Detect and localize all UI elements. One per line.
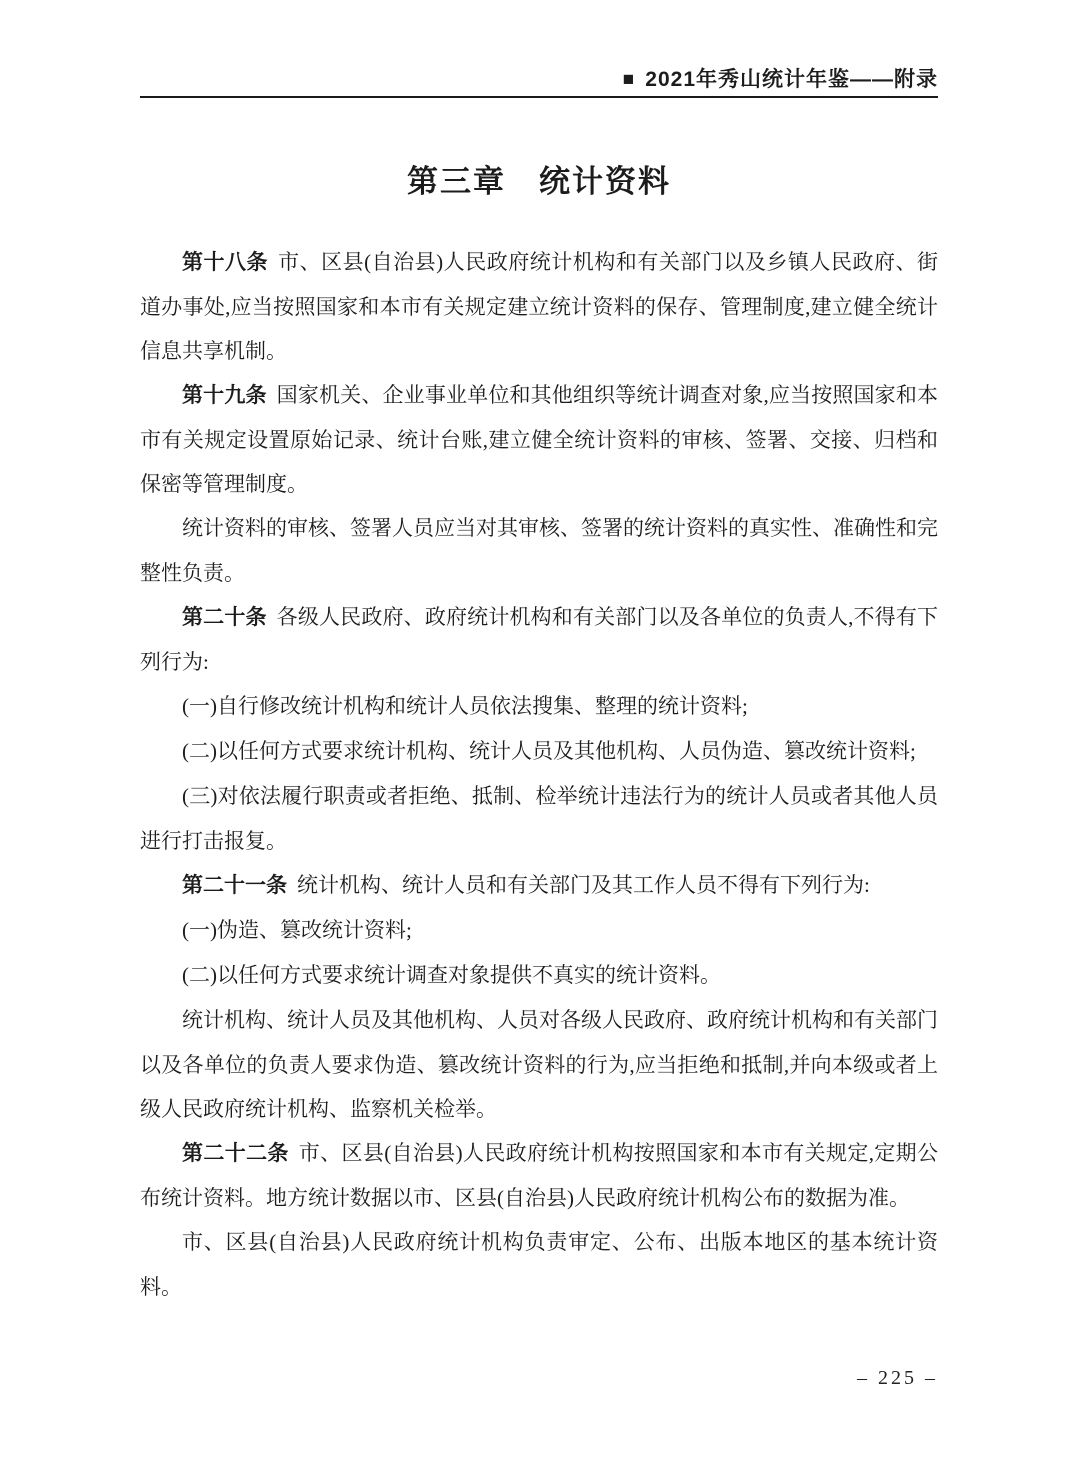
list-item: (一)自行修改统计机构和统计人员依法搜集、整理的统计资料; [140, 684, 938, 729]
chapter-title: 第三章 统计资料 [140, 162, 938, 202]
article-paragraph: 第二十一条统计机构、统计人员和有关部门及其工作人员不得有下列行为: [140, 863, 938, 908]
paragraph-text: (二)以任何方式要求统计调查对象提供不真实的统计资料。 [182, 963, 721, 987]
page-header: ■2021年秀山统计年鉴——附录 [140, 68, 938, 98]
content-area: ■2021年秀山统计年鉴——附录 第三章 统计资料 第十八条市、区县(自治县)人… [140, 0, 938, 1309]
paragraph-text: (一)伪造、篡改统计资料; [182, 918, 412, 942]
article-paragraph: 市、区县(自治县)人民政府统计机构负责审定、公布、出版本地区的基本统计资料。 [140, 1220, 938, 1309]
article-paragraph: 第二十二条市、区县(自治县)人民政府统计机构按照国家和本市有关规定,定期公布统计… [140, 1131, 938, 1220]
header-square-icon: ■ [623, 68, 635, 91]
page-number: – 225 – [857, 1366, 938, 1390]
article-paragraph: 统计机构、统计人员及其他机构、人员对各级人民政府、政府统计机构和有关部门以及各单… [140, 998, 938, 1131]
paragraph-text: (一)自行修改统计机构和统计人员依法搜集、整理的统计资料; [182, 694, 748, 718]
paragraph-text: (二)以任何方式要求统计机构、统计人员及其他机构、人员伪造、篡改统计资料; [182, 739, 916, 763]
article-paragraph: 第二十条各级人民政府、政府统计机构和有关部门以及各单位的负责人,不得有下列行为: [140, 595, 938, 684]
article-paragraph: 第十九条国家机关、企业事业单位和其他组织等统计调查对象,应当按照国家和本市有关规… [140, 373, 938, 506]
list-item: (二)以任何方式要求统计机构、统计人员及其他机构、人员伪造、篡改统计资料; [140, 729, 938, 774]
document-page: ■2021年秀山统计年鉴——附录 第三章 统计资料 第十八条市、区县(自治县)人… [0, 0, 1074, 1458]
paragraph-text: 统计机构、统计人员及其他机构、人员对各级人民政府、政府统计机构和有关部门以及各单… [140, 1008, 938, 1121]
paragraph-text: 市、区县(自治县)人民政府统计机构负责审定、公布、出版本地区的基本统计资料。 [140, 1230, 938, 1299]
list-item: (三)对依法履行职责或者拒绝、抵制、检举统计违法行为的统计人员或者其他人员进行打… [140, 774, 938, 863]
article-number: 第十八条 [182, 251, 268, 274]
list-item: (一)伪造、篡改统计资料; [140, 908, 938, 953]
article-number: 第二十条 [182, 606, 267, 629]
article-body: 第十八条市、区县(自治县)人民政府统计机构和有关部门以及乡镇人民政府、街道办事处… [140, 240, 938, 1309]
paragraph-text: 统计资料的审核、签署人员应当对其审核、签署的统计资料的真实性、准确性和完整性负责… [140, 516, 938, 585]
article-paragraph: 统计资料的审核、签署人员应当对其审核、签署的统计资料的真实性、准确性和完整性负责… [140, 506, 938, 595]
list-item: (二)以任何方式要求统计调查对象提供不真实的统计资料。 [140, 953, 938, 998]
header-title: 2021年秀山统计年鉴——附录 [645, 68, 938, 91]
article-paragraph: 第十八条市、区县(自治县)人民政府统计机构和有关部门以及乡镇人民政府、街道办事处… [140, 240, 938, 373]
paragraph-text: (三)对依法履行职责或者拒绝、抵制、检举统计违法行为的统计人员或者其他人员进行打… [140, 784, 938, 853]
article-number: 第十九条 [182, 384, 267, 407]
article-number: 第二十一条 [182, 874, 287, 897]
paragraph-text: 统计机构、统计人员和有关部门及其工作人员不得有下列行为: [297, 873, 870, 897]
article-number: 第二十二条 [182, 1142, 289, 1165]
